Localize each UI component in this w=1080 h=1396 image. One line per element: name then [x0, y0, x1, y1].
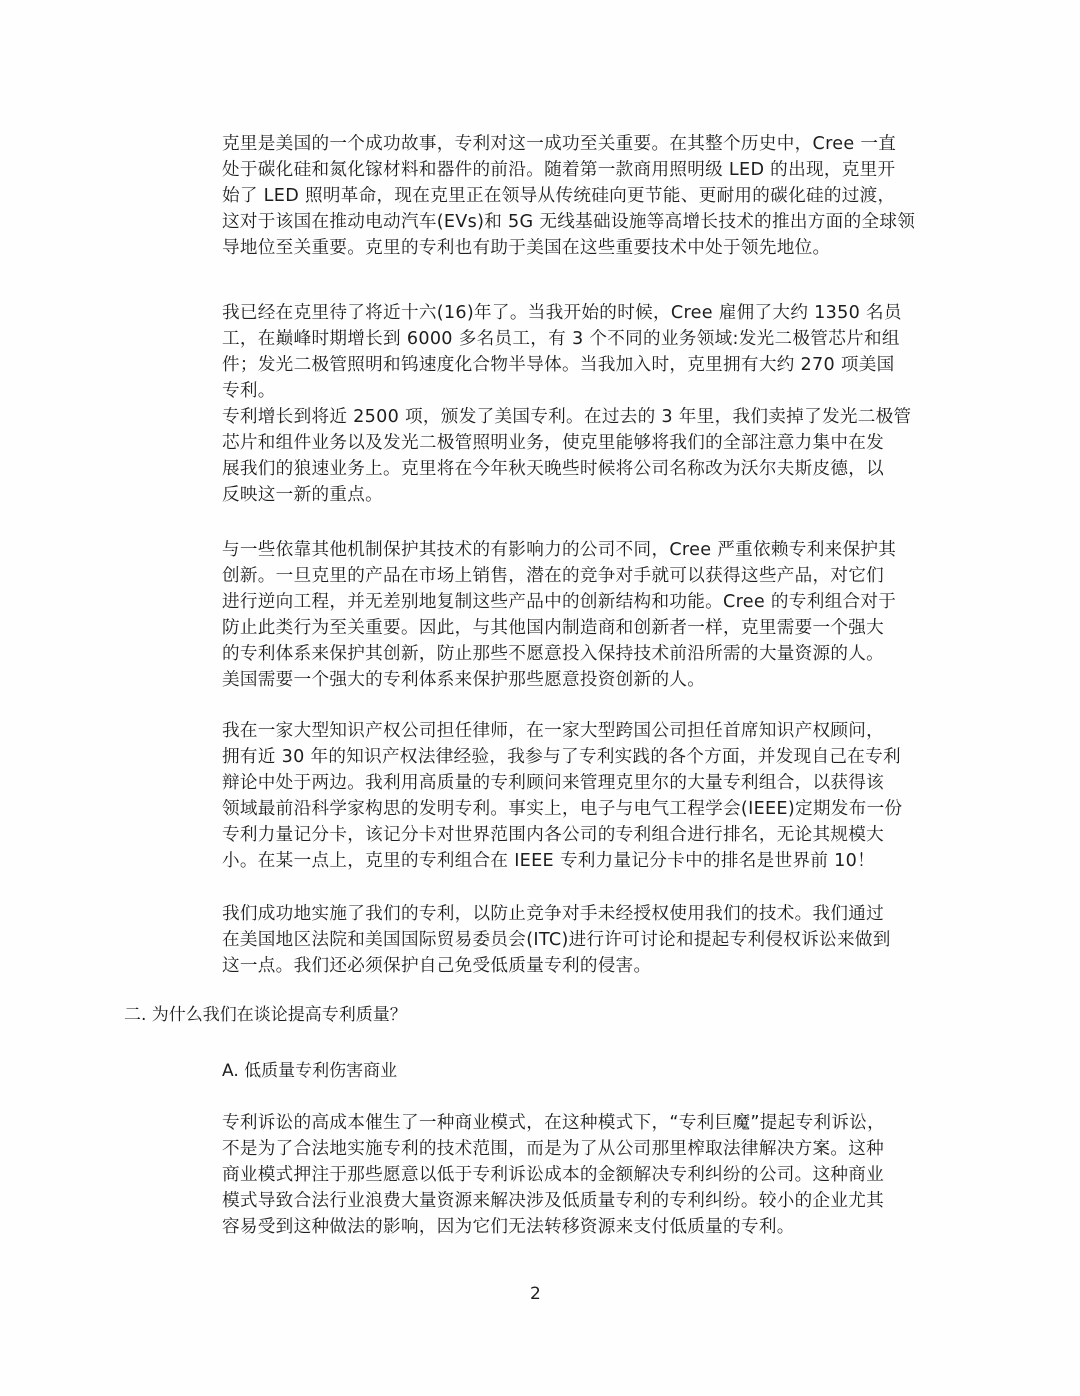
paragraph-cree-success-story: 克里是美国的一个成功故事，专利对这一成功至关重要。在其整个历史中，Cree 一直…	[222, 131, 962, 261]
text-line: 与一些依靠其他机制保护其技术的有影响力的公司不同，Cree 严重依赖专利来保护其	[222, 537, 962, 563]
text-line: 不是为了合法地实施专利的技术范围，而是为了从公司那里榨取法律解决方案。这种	[222, 1136, 962, 1162]
text-line: 芯片和组件业务以及发光二极管照明业务，使克里能够将我们的全部注意力集中在发	[222, 430, 962, 456]
text-line: 在美国地区法院和美国国际贸易委员会(ITC)进行许可讨论和提起专利侵权诉讼来做到	[222, 927, 962, 953]
text-line: 辩论中处于两边。我利用高质量的专利顾问来管理克里尔的大量专利组合，以获得该	[222, 770, 962, 796]
paragraph-patent-trolls: 专利诉讼的高成本催生了一种商业模式，在这种模式下，“专利巨魔”提起专利诉讼， 不…	[222, 1110, 962, 1240]
text-line: 容易受到这种做法的影响，因为它们无法转移资源来支付低质量的专利。	[222, 1214, 962, 1240]
text-line: 件；发光二极管照明和钨速度化合物半导体。当我加入时，克里拥有大约 270 项美国	[222, 352, 962, 378]
text-line: 商业模式押注于那些愿意以低于专利诉讼成本的金额解决专利纠纷的公司。这种商业	[222, 1162, 962, 1188]
text-line: 工，在巅峰时期增长到 6000 多名员工，有 3 个不同的业务领域:发光二极管芯…	[222, 326, 962, 352]
text-line: 我已经在克里待了将近十六(16)年了。当我开始的时候，Cree 雇佣了大约 13…	[222, 300, 962, 326]
text-line: 克里是美国的一个成功故事，专利对这一成功至关重要。在其整个历史中，Cree 一直	[222, 131, 962, 157]
text-line: 模式导致合法行业浪费大量资源来解决涉及低质量专利的专利纠纷。较小的企业尤其	[222, 1188, 962, 1214]
text-line: 防止此类行为至关重要。因此，与其他国内制造商和创新者一样，克里需要一个强大	[222, 615, 962, 641]
text-line: 领域最前沿科学家构思的发明专利。事实上，电子与电气工程学会(IEEE)定期发布一…	[222, 796, 962, 822]
text-line: 专利增长到将近 2500 项，颁发了美国专利。在过去的 3 年里，我们卖掉了发光…	[222, 404, 962, 430]
document-page: 克里是美国的一个成功故事，专利对这一成功至关重要。在其整个历史中，Cree 一直…	[0, 0, 1080, 1396]
text-line: 反映这一新的重点。	[222, 482, 962, 508]
text-line: 专利。	[222, 378, 962, 404]
text-line: 这对于该国在推动电动汽车(EVs)和 5G 无线基础设施等高增长技术的推出方面的…	[222, 209, 962, 235]
paragraph-patent-enforcement: 我们成功地实施了我们的专利，以防止竞争对手未经授权使用我们的技术。我们通过 在美…	[222, 901, 962, 979]
text-line: 专利诉讼的高成本催生了一种商业模式，在这种模式下，“专利巨魔”提起专利诉讼，	[222, 1110, 962, 1136]
text-line: 我在一家大型知识产权公司担任律师，在一家大型跨国公司担任首席知识产权顾问，	[222, 718, 962, 744]
text-line: 创新。一旦克里的产品在市场上销售，潜在的竞争对手就可以获得这些产品，对它们	[222, 563, 962, 589]
paragraph-cree-history: 我已经在克里待了将近十六(16)年了。当我开始的时候，Cree 雇佣了大约 13…	[222, 300, 962, 508]
text-line: 拥有近 30 年的知识产权法律经验，我参与了专利实践的各个方面，并发现自己在专利	[222, 744, 962, 770]
text-line: 进行逆向工程，并无差别地复制这些产品中的创新结构和功能。Cree 的专利组合对于	[222, 589, 962, 615]
section-heading: 二. 为什么我们在谈论提高专利质量？	[124, 1002, 407, 1028]
text-line: 专利力量记分卡，该记分卡对世界范围内各公司的专利组合进行排名，无论其规模大	[222, 822, 962, 848]
text-line: 的专利体系来保护其创新，防止那些不愿意投入保持技术前沿所需的大量资源的人。	[222, 641, 962, 667]
text-line: 始了 LED 照明革命，现在克里正在领导从传统硅向更节能、更耐用的碳化硅的过渡，	[222, 183, 962, 209]
paragraph-patent-reliance: 与一些依靠其他机制保护其技术的有影响力的公司不同，Cree 严重依赖专利来保护其…	[222, 537, 962, 693]
subsection-heading: A. 低质量专利伤害商业	[222, 1058, 397, 1084]
text-line: 导地位至关重要。克里的专利也有助于美国在这些重要技术中处于领先地位。	[222, 235, 962, 261]
text-line: 处于碳化硅和氮化镓材料和器件的前沿。随着第一款商用照明级 LED 的出现，克里开	[222, 157, 962, 183]
text-line: 展我们的狼速业务上。克里将在今年秋天晚些时候将公司名称改为沃尔夫斯皮德，以	[222, 456, 962, 482]
text-line: 小。在某一点上，克里的专利组合在 IEEE 专利力量记分卡中的排名是世界前 10…	[222, 848, 962, 874]
page-number: 2	[530, 1283, 541, 1305]
paragraph-ip-experience: 我在一家大型知识产权公司担任律师，在一家大型跨国公司担任首席知识产权顾问， 拥有…	[222, 718, 962, 874]
text-line: 美国需要一个强大的专利体系来保护那些愿意投资创新的人。	[222, 667, 962, 693]
text-line: 这一点。我们还必须保护自己免受低质量专利的侵害。	[222, 953, 962, 979]
text-line: 我们成功地实施了我们的专利，以防止竞争对手未经授权使用我们的技术。我们通过	[222, 901, 962, 927]
